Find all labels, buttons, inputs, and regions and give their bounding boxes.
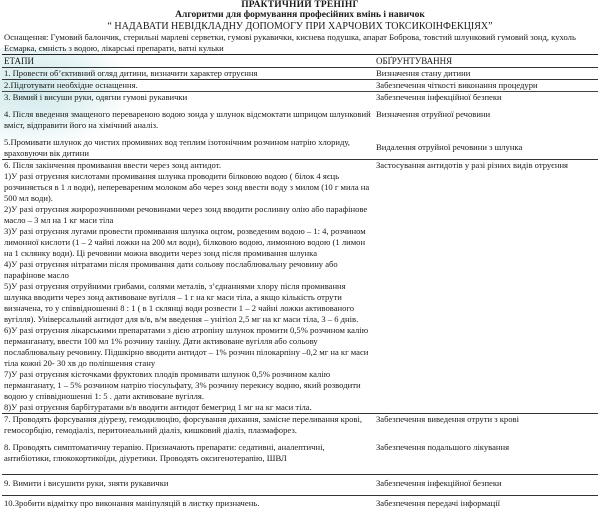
- table-row: 3. Вимий і висуши руки, одягни гумові ру…: [2, 92, 598, 110]
- reason-cell: Застосування антидотів у разі різних вид…: [374, 160, 598, 414]
- document-subtitle: Алгоритми для формування професійних вмі…: [2, 10, 598, 21]
- table-row: 9. Вимити і висушити руки, зняти рукавич…: [2, 475, 598, 496]
- table-row: 4. Після введення змащеного переваренoю …: [2, 109, 598, 137]
- substep: 6)У разі отруєння лікарськими препаратам…: [4, 325, 372, 369]
- table-header-row: ЕТАПИ ОБҐРУНТУВАННЯ: [2, 55, 598, 68]
- stage-cell: 8. Проводять симптоматичну терапію. Приз…: [2, 442, 374, 475]
- stage-cell: 5.Промивати шлунок до чистих промивних в…: [2, 137, 374, 160]
- table-row: 6. Після закінчення промивання ввести че…: [2, 160, 598, 414]
- table-row: 2.Підготувати необхідне оснащення. Забез…: [2, 80, 598, 92]
- table-row: 1. Провести об’єктивний огляд дитини, ви…: [2, 68, 598, 80]
- reason-cell: Визначення стану дитини: [374, 68, 598, 80]
- table-row: 8. Проводять симптоматичну терапію. Приз…: [2, 442, 598, 475]
- stage-cell: 9. Вимити і висушити руки, зняти рукавич…: [2, 475, 374, 496]
- reason-cell: Забезпечення інфекційної безпеки: [374, 92, 598, 110]
- stage-cell: 7. Проводять форсування діурезу, гемодил…: [2, 414, 374, 443]
- equipment-list: Оснащення: Гумовий балончик, стерильні м…: [2, 32, 598, 55]
- substep: 5)У разі отруєння отруйними грибами, сол…: [4, 281, 372, 325]
- document-title: ПРАКТИЧНИЙ ТРЕНІНГ: [2, 0, 598, 10]
- table-row: 7. Проводять форсування діурезу, гемодил…: [2, 414, 598, 443]
- table-row: 10.Зробити відмітку про виконання маніпу…: [2, 496, 598, 510]
- stage-cell: 3. Вимий і висуши руки, одягни гумові ру…: [2, 92, 374, 110]
- substep: 8)У разі отруєння барбітуратами в/в ввод…: [4, 402, 372, 413]
- reason-cell: Забезпечення чіткості виконання процедур…: [374, 80, 598, 92]
- reason-cell: Забезпечення інфекційної безпеки: [374, 475, 598, 496]
- stage-cell: 4. Після введення змащеного переваренoю …: [2, 109, 374, 137]
- stage-cell: 2.Підготувати необхідне оснащення.: [2, 80, 374, 92]
- table-row: 5.Промивати шлунок до чистих промивних в…: [2, 137, 598, 160]
- substep: 2)У разі отруєння жиророзчинними речовин…: [4, 204, 372, 226]
- stage-text: 6. Після закінчення промивання ввести че…: [4, 160, 372, 171]
- algorithm-table: ЕТАПИ ОБҐРУНТУВАННЯ 1. Провести об’єктив…: [2, 55, 598, 509]
- substep: 7)У разі отруєння кісточками фруктових п…: [4, 369, 372, 402]
- reason-cell: Видалення отруйної речовини з шлунка: [374, 137, 598, 160]
- header-rationale: ОБҐРУНТУВАННЯ: [374, 55, 598, 68]
- document-page: ПРАКТИЧНИЙ ТРЕНІНГ Алгоритми для формува…: [0, 0, 600, 509]
- document-topic: “ НАДАВАТИ НЕВІДКЛАДНУ ДОПОМОГУ ПРИ ХАРЧ…: [2, 21, 598, 32]
- substep: 3)У разі отруєння лугами провести промив…: [4, 226, 372, 259]
- substep: 4)У разі отруєння нітратами після промив…: [4, 259, 372, 281]
- stage-cell: 10.Зробити відмітку про виконання маніпу…: [2, 496, 374, 510]
- stage-cell-antidotes: 6. Після закінчення промивання ввести че…: [2, 160, 374, 414]
- reason-cell: Визначення отруйної речовини: [374, 109, 598, 137]
- substep: 1)У разі отруєння кислотами промивання ш…: [4, 171, 372, 204]
- reason-cell: Забезпечення виведення отрути з крові: [374, 414, 598, 443]
- stage-cell: 1. Провести об’єктивний огляд дитини, ви…: [2, 68, 374, 80]
- reason-cell: Забезпечення передачі інформації: [374, 496, 598, 510]
- header-stages: ЕТАПИ: [2, 55, 374, 68]
- reason-cell: Забезпечення подальшого лікування: [374, 442, 598, 475]
